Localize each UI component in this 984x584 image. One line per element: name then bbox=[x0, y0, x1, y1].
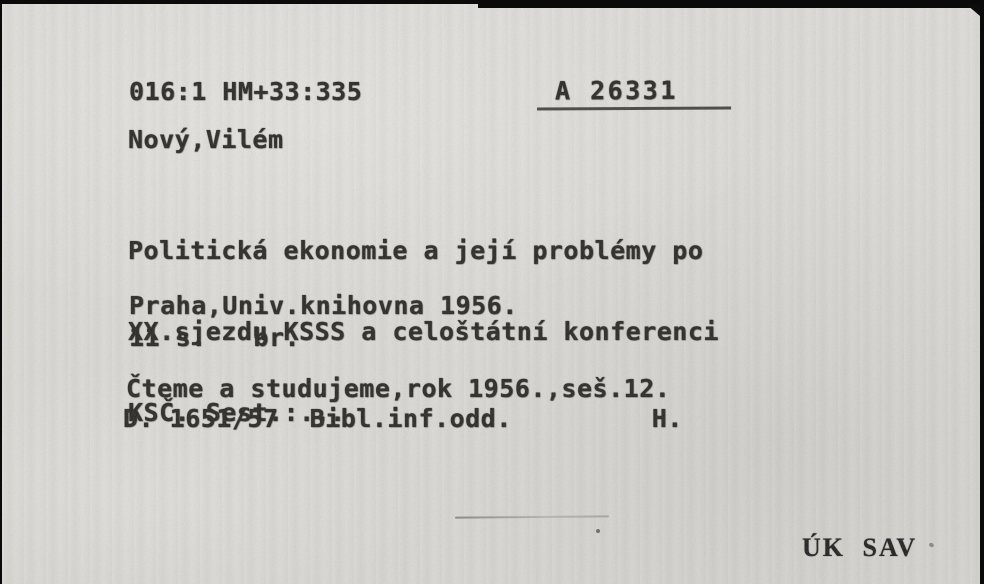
ink-speck bbox=[596, 529, 600, 533]
title-line: Politická ekonomie a její problémy po bbox=[128, 235, 719, 266]
library-stamp: ÚK SAV bbox=[802, 535, 917, 561]
imprint-line: Praha,Univ.knihovna 1956. bbox=[129, 293, 518, 318]
processing-line: D. 1651/57 Bibl.inf.odd. H. bbox=[123, 406, 683, 431]
accession-number: A 26331 bbox=[537, 77, 731, 110]
call-number: 016:1 HM+33:335 bbox=[129, 79, 362, 104]
catalog-card: 016:1 HM+33:335 A 26331 Nový,Vilém Polit… bbox=[2, 4, 980, 584]
author-heading: Nový,Vilém bbox=[128, 127, 284, 152]
scanned-catalog-card-page: { "colors": { "paper": "#dcdbd6", "ink":… bbox=[0, 0, 984, 584]
series-note-line: Čteme a studujeme,rok 1956.,seš.12. bbox=[126, 376, 670, 401]
card-corner-cut bbox=[966, 4, 980, 16]
scan-edge-band bbox=[478, 0, 984, 8]
collation-line: 11 s. br. bbox=[129, 325, 300, 350]
